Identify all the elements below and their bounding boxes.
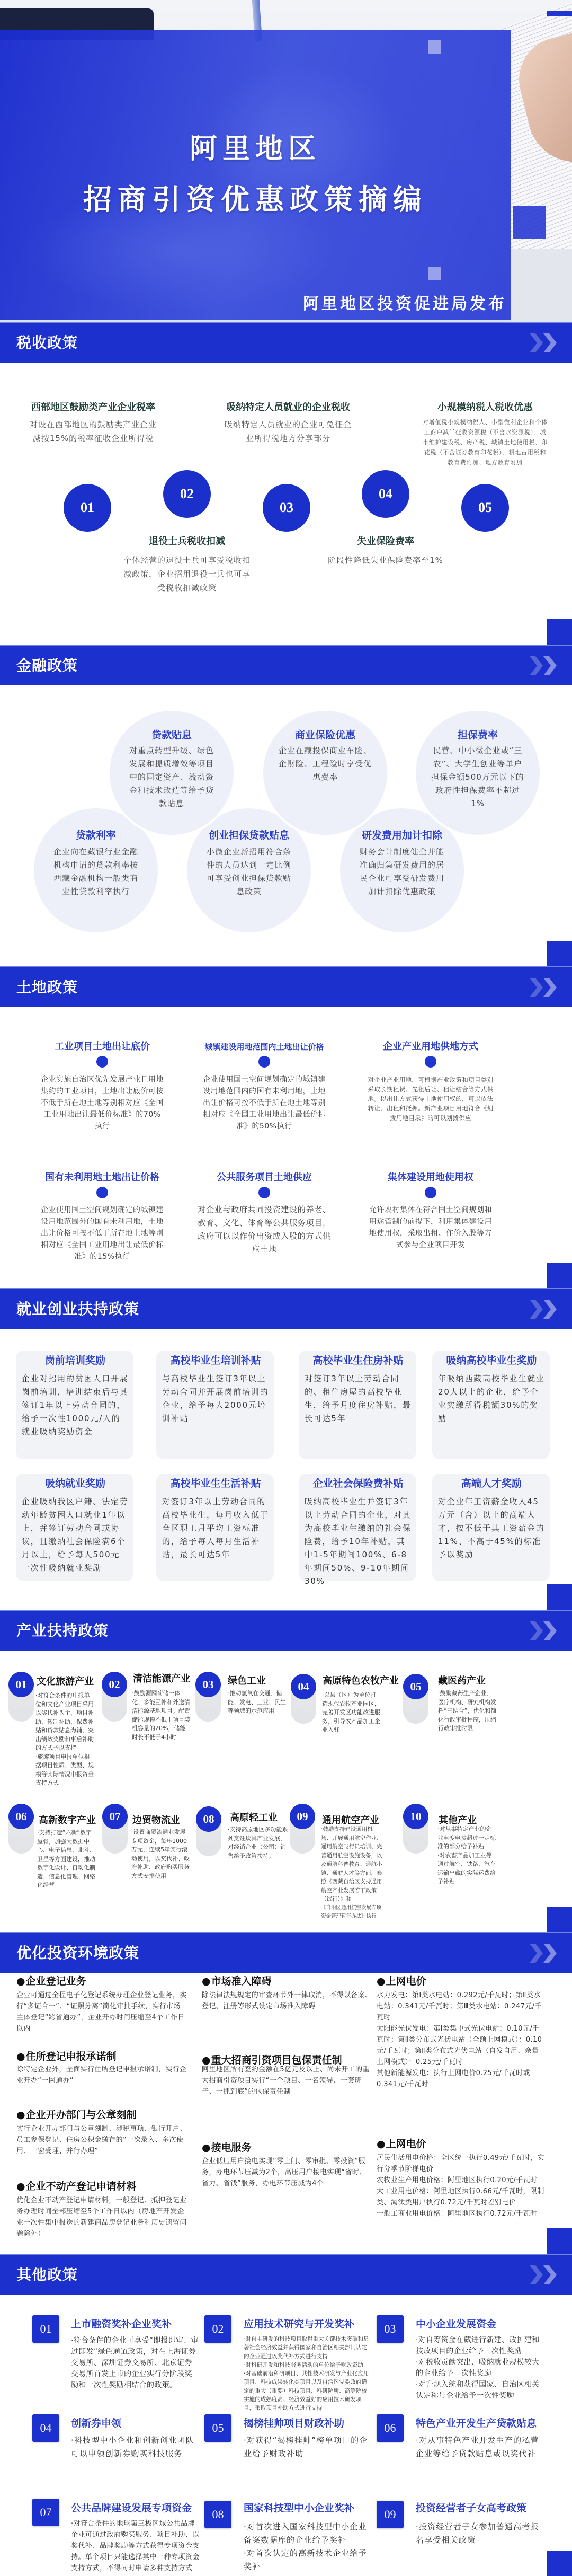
tax-item-desc: 对增值税小规模纳税人、小型微利企业和个体工商户减半征收资源税（不含水资源税）、城… xyxy=(422,417,549,467)
bullet-text: ·投资经营者子女参加普通高考报名享受相关政策 xyxy=(416,2520,544,2547)
industry-item-desc: ·设置商贸流通业发展专项资金，每年1000万元，连续5年实行滚动使用，以奖代补、… xyxy=(131,1828,191,1881)
industry-item-title: 高新数字产业 xyxy=(39,1814,96,1827)
bullet-text: ·设置商贸流通业发展专项资金，每年1000万元，连续5年实行滚动使用，以奖代补、… xyxy=(131,1828,191,1881)
finance-item: 研发费用加计扣除 财务会计制度健全并能准确归集研发费用的居民企业可享受研发费用加… xyxy=(349,829,455,898)
other-item-title: 投资经营者子女高考政策 xyxy=(416,2501,526,2515)
bullet-text: ·对科研开发和科技服务活动的单位给予财政资助 xyxy=(244,2361,372,2369)
bullet-dot-icon: ● xyxy=(16,1975,25,1987)
finance-item-title: 贷款利率 xyxy=(43,829,149,842)
decorative-square xyxy=(428,267,441,280)
finance-item: 贷款利率 企业向在藏银行业金融机构申请的贷款利率按西藏金融机构一般类商业性贷款利… xyxy=(43,829,149,898)
tax-item-desc: 对设在西部地区的鼓励类产业企业减按15%的税率征收企业所得税 xyxy=(29,418,157,445)
tax-item-desc: 阶段性降低失业保险费率至1% xyxy=(321,553,450,567)
other-item-number: 02 xyxy=(204,2315,231,2343)
finance-item-desc: 财务会计制度健全并能准确归集研发费用的居民企业可享受研发费用加计扣除优惠政策 xyxy=(359,845,445,898)
environment-section-header: 优化投资环境政策 xyxy=(0,1932,572,1973)
tax-item-desc: 个体经营的退役士兵可享受税收扣减政策，企业招用退役士兵也可享受税收扣减政策 xyxy=(123,553,251,595)
other-item-desc: ·对符合条件的地球第三极区域公共品牌企业可通过政府购买服务、项目补助、以奖代补、… xyxy=(71,2518,200,2574)
bullet-dot-icon: ● xyxy=(377,1975,386,1987)
employment-card: 高校毕业生培训补贴 与高校毕业生签订3年以上劳动合同并开展岗前培训的企业，给予每… xyxy=(156,1351,274,1459)
dot-icon xyxy=(96,1056,108,1068)
other-item-number: 03 xyxy=(377,2315,404,2343)
tax-item-number: 04 xyxy=(362,470,409,518)
other-item-desc: ·符合条件的企业可享受“即报即审、审过即发”绿色通道政策，对在上海证券交易所、深… xyxy=(71,2335,200,2391)
land-item-title: 企业产业用地供地方式 xyxy=(356,1040,505,1053)
heading-text: 企业不动产登记申请材料 xyxy=(26,2181,137,2192)
tax-item-number: 01 xyxy=(64,484,111,532)
industry-item-number: 07 xyxy=(102,1804,128,1829)
bullet-text: ·对税收贡献突出、吸纳就业规模较大的企业给予一次性奖励 xyxy=(416,2357,544,2379)
employment-card-desc: 企业对招用的贫困人口开展岗前培训，培训结束后与其签订1年以上劳动合同的，给予一次… xyxy=(22,1372,129,1439)
finance-item: 创业担保贷款贴息 小微企业新招用符合条件的人员达到一定比例可享受创业担保贷款贴息… xyxy=(196,829,302,898)
industry-item-number: 08 xyxy=(196,1806,221,1832)
finance-item-title: 商业保险优惠 xyxy=(272,729,378,742)
bullet-dot-icon: ● xyxy=(16,2181,25,2192)
bullet-dot-icon: ● xyxy=(202,2142,211,2154)
tax-item: 退役士兵税收扣减 个体经营的退役士兵可享受税收扣减政策，企业招用退役士兵也可享受… xyxy=(108,535,266,595)
heading-text: 市场准入障碍 xyxy=(211,1975,272,1987)
finance-item: 担保费率 民营、中小微企业或“三农”、大学生创业等单户担保金额500万元以下的政… xyxy=(425,729,531,810)
bullet-text: ·鼓励藏药生产企业、医疗机构、研究机构发挥“三结合”，优化和简化行政审批程序，压… xyxy=(438,1689,497,1733)
other-item-number: 07 xyxy=(32,2499,59,2526)
paragraph: 企业低压用户接电实现“零上门、零审批、零投资”服务，办电环节压减为2个，高压用户… xyxy=(202,2156,372,2189)
industry-item-number: 04 xyxy=(291,1674,316,1699)
other-item-desc: ·投资经营者子女参加普通高考报名享受相关政策 xyxy=(416,2520,544,2547)
environment-heading: ●市场准入障碍 xyxy=(202,1974,272,1988)
paragraph: 实行企业开办部门与公章刻制、涉税事项、银行开户、员工参保登记、住房公积金缴存的“… xyxy=(16,2123,187,2157)
paragraph: 优化企业不动产登记申请材料，一般登记、抵押登记业务办理时间全部压缩至5个工作日以… xyxy=(16,2195,187,2239)
land-item: 公共服务项目土地供应 对企业与政府共同投资建设的养老、教育、文化、体育等公共服务… xyxy=(190,1171,338,1256)
dot-icon xyxy=(258,1056,270,1068)
decorative-block xyxy=(547,1584,572,1610)
employment-card-title: 高校毕业生生活补贴 xyxy=(162,1477,269,1490)
industry-item-title: 边贸物流业 xyxy=(132,1814,180,1827)
heading-text: 企业登记业务 xyxy=(26,1975,86,1987)
land-item-desc: 对企业产业用地，可根据产业政策和项目类别采取长期租赁、先租后让、租让结合等方式供… xyxy=(367,1075,494,1123)
paragraph: 除特定企业外，全面实行住所登记申报承诺制，实行企业开办“一网通办” xyxy=(16,2064,187,2086)
environment-heading: ●企业开办部门与公章刻制 xyxy=(16,2108,137,2122)
finance-item-desc: 企业在藏投保商业车险、企财险、工程险时享受优惠费率 xyxy=(278,744,372,784)
land-item-title: 公共服务项目土地供应 xyxy=(190,1171,338,1184)
tax-item-title: 失业保险费率 xyxy=(306,535,465,548)
other-item-title: 公共品牌建设发展专项资金 xyxy=(71,2501,192,2515)
industry-item-title: 清洁能源产业 xyxy=(133,1673,190,1686)
bullet-text: ·鼓励支持建设通用机场、开展通用航空作业、通用航空飞行员培训、完善通用航空设施设… xyxy=(321,1825,383,1904)
industry-item-title: 高原特色农牧产业 xyxy=(323,1675,399,1688)
industry-item-title: 高原轻工业 xyxy=(230,1812,278,1824)
double-chevron-right-icon xyxy=(530,1621,559,1640)
employment-card: 高校毕业生住房补贴 对签订3年以上劳动合同的、租住房屋的高校毕业生，给予月度住房… xyxy=(299,1351,416,1459)
land-item-title: 工业项目土地出让底价 xyxy=(28,1040,176,1053)
heading-text: 接电服务 xyxy=(211,2142,252,2154)
bullet-text: ·对自主研发的科技项目取得重大关键技术突破和显著社会经济效益并获得国家和自治区相… xyxy=(244,2335,372,2361)
paragraph: 除法律法规规定的审查环节外一律取消，不得以备案、登记、注册等形式设定市场准入障碍 xyxy=(202,1990,372,2012)
bullet-text: ·对升规入统和获得国家、自治区相关认定称号企业给予一次性奖励 xyxy=(416,2379,544,2402)
paragraph: 农牧业生产用电价格：阿里地区执行0.20元/千瓦时 xyxy=(377,2175,545,2186)
land-item: 城镇建设用地范围内土地出让价格 企业使用国土空间规划确定的城镇建设用地范围内的国… xyxy=(190,1040,338,1132)
other-item-desc: ·对自筹资金在藏进行新建、改扩建和技改项目的企业给予一次性奖励 ·对税收贡献突出… xyxy=(416,2335,544,2402)
paragraph: 企业可通过全程电子化登记系统办理企业登记业务，实行“多证合一”、“证照分离”简化… xyxy=(16,1990,187,2034)
employment-card-desc: 与高校毕业生签订3年以上劳动合同并开展岗前培训的企业，给予每人2000元培训补贴 xyxy=(162,1372,269,1425)
bullet-text: ·鼓励源网荷储一体化、多能互补和外送清洁能源基地项目。配置储能规模不低于项目装机… xyxy=(132,1689,191,1742)
employment-card: 吸纳就业奖励 企业吸纳我区户籍、法定劳动年龄贫困人口就业1年以上，并签订劳动合同… xyxy=(16,1474,133,1581)
environment-desc: 企业可通过全程电子化登记系统办理企业登记业务，实行“多证合一”、“证照分离”简化… xyxy=(16,1990,187,2034)
bullet-text: ·对从事特定产业的企业电度电费超过一定标准的部分给予补贴 xyxy=(437,1825,497,1851)
decorative-square xyxy=(428,40,441,54)
finance-item-title: 贷款贴息 xyxy=(119,729,225,742)
decorative-block xyxy=(547,1907,572,1932)
environment-desc: 优化企业不动产登记申请材料，一般登记、抵押登记业务办理时间全部压缩至5个工作日以… xyxy=(16,2195,187,2239)
other-item-desc: ·对从事特色产业开发生产的私营企业等给予贷款贴息或以奖代补 xyxy=(416,2434,544,2460)
other-item-desc: ·对自主研发的科技项目取得重大关键技术突破和显著社会经济效益并获得国家和自治区相… xyxy=(244,2335,372,2413)
paragraph: 其他新能源发电：执行上网电价0.25元/千瓦时或0.341元/千瓦时 xyxy=(377,2068,545,2090)
employment-card-title: 岗前培训奖励 xyxy=(22,1354,129,1368)
tax-item-number: 03 xyxy=(263,484,310,532)
industry-item-desc: ·鼓励源网荷储一体化、多能互补和外送清洁能源基地项目。配置储能规模不低于项目装机… xyxy=(132,1689,191,1742)
land-item-title: 集体建设用地使用权 xyxy=(356,1171,505,1184)
employment-section-header: 就业创业扶持政策 xyxy=(0,1288,572,1329)
dot-icon xyxy=(425,1187,436,1198)
finance-item-desc: 小微企业新招用符合条件的人员达到一定比例可享受创业担保贷款贴息政策 xyxy=(205,845,292,898)
paragraph: 一般工商业用电价格：阿里地区执行0.72元/千瓦时 xyxy=(377,2208,545,2219)
tax-item-title: 吸纳特定人员就业的企业税收 xyxy=(209,401,368,414)
employment-card-title: 高校毕业生住房补贴 xyxy=(305,1354,412,1368)
bullet-text: ·对首次进入国家科技型中小企业备案数据库的企业给予奖补 xyxy=(244,2520,372,2547)
section-title: 土地政策 xyxy=(16,967,78,1007)
environment-heading: ●上网电价 xyxy=(377,2137,426,2151)
decorative-block xyxy=(547,1263,572,1288)
land-item-desc: 对企业与政府共同投资建设的养老、教育、文化、体育等公共服务项目，政府可以以作价出… xyxy=(197,1203,332,1256)
industry-item-desc: ·推动氢氧在交通、储能、发电、工业、民生等领域的示范应用 xyxy=(228,1689,287,1716)
finance-item-title: 担保费率 xyxy=(425,729,531,742)
environment-heading: ●企业登记业务 xyxy=(16,1974,86,1988)
decorative-block xyxy=(547,2228,572,2254)
employment-card-title: 吸纳就业奖励 xyxy=(22,1477,129,1490)
environment-desc: 除法律法规规定的审查环节外一律取消，不得以备案、登记、注册等形式设定市场准入障碍 xyxy=(202,1990,372,2012)
land-item: 国有未利用地土地出让价格 企业使用国土空间规划确定的城镇建设用地范围外的国有未利… xyxy=(28,1171,176,1263)
tax-item-title: 西部地区鼓励类产业企业税率 xyxy=(14,401,173,414)
decorative-bar xyxy=(547,11,572,16)
bullet-text: ·对基础前沿科研项目、共性技术研发与产业化应用项目、科技成果转化类项目以及自治区… xyxy=(244,2369,372,2412)
finance-section-header: 金融政策 xyxy=(0,645,572,685)
section-title: 就业创业扶持政策 xyxy=(16,1289,139,1329)
industry-item-desc: ·以县（区）为单位打造现代农牧产业园区，完善开发区功能改进服务，引导农产品加工企… xyxy=(322,1691,381,1735)
double-chevron-right-icon xyxy=(530,2265,559,2284)
heading-text: 住所登记申报承诺制 xyxy=(26,2051,117,2062)
other-item-number: 09 xyxy=(377,2501,404,2528)
employment-card-desc: 对签订3年以上劳动合同的、租住房屋的高校毕业生，给予月度住房补贴，最长可达5年 xyxy=(305,1372,412,1425)
bullet-text: ·对首次认定的高新技术企业给予奖补 xyxy=(244,2547,372,2573)
paragraph: 大工业用电价格：阿里地区执行0.66元/千瓦时，限制类、淘汰类用户执行0.72元… xyxy=(377,2186,545,2208)
bullet-text: ·对符合条件的申报单位和文化产业项目采用以奖代补为主，项目补助、转制补助、保费补… xyxy=(35,1691,95,1753)
bullet-dot-icon: ● xyxy=(16,2051,25,2062)
industry-item-title: 文化旅游产业 xyxy=(37,1675,94,1688)
bullet-text: ·科技型中小企业和创新创业团队可以申领创新券购买科技服务 xyxy=(71,2434,200,2460)
other-item-title: 上市融资奖补企业奖补 xyxy=(71,2317,172,2331)
tax-item-desc: 吸纳特定人员就业的企业可免征企业所得税地方分享部分 xyxy=(224,418,352,445)
environment-heading: ●企业不动产登记申请材料 xyxy=(16,2180,137,2193)
bullet-dot-icon: ● xyxy=(16,2109,25,2121)
heading-text: 上网电价 xyxy=(386,2138,426,2150)
industry-item-title: 藏医药产业 xyxy=(438,1675,486,1688)
industry-item-desc: ·支持高原地区多功能系列烹饪炊具产业发展，对经销企业（公司）销售给予政策扶持。 xyxy=(228,1825,289,1860)
industry-item-title: 绿色工业 xyxy=(228,1675,266,1688)
industry-item-desc: ·对从事特定产业的企业电度电费超过一定标准的部分给予补贴 ·对农畜产品加工业等通… xyxy=(437,1825,497,1886)
industry-item-desc: ·支持打造“六新”数字屋脊，加强大数据中心、电子信息、北斗、卫星等方面建设，推动… xyxy=(37,1829,96,1890)
other-item-title: 揭榜挂帅项目财政补助 xyxy=(244,2416,344,2430)
cover-title: 阿里地区 xyxy=(0,133,511,165)
tax-item: 小规模纳税人税收优惠 对增值税小规模纳税人、小型微利企业和个体工商户减半征收资源… xyxy=(406,401,565,467)
employment-card-title: 吸纳高校毕业生奖励 xyxy=(438,1354,545,1368)
land-section-header: 土地政策 xyxy=(0,966,572,1007)
land-item: 企业产业用地供地方式 对企业产业用地，可根据产业政策和项目类别采取长期租赁、先租… xyxy=(356,1040,505,1123)
paragraph: 居民生活用电价格：全区统一执行0.49元/千瓦时，实行分季节阶梯电价 xyxy=(377,2152,545,2175)
cover-banner: 阿里地区 招商引资优惠政策摘编 阿里地区投资促进局发布 xyxy=(0,0,572,322)
finance-item: 贷款贴息 对重点转型升级、绿色发展和提质增效等项目中的固定资产、流动资金和技术改… xyxy=(119,729,225,810)
bullet-text: ·对农畜产品加工业等通过航空、铁路、汽车运输出藏的实际运费给予补贴 xyxy=(437,1851,497,1886)
dot-icon xyxy=(96,1187,108,1198)
industry-item-number: 09 xyxy=(290,1804,315,1829)
cover-subtitle: 招商引资优惠政策摘编 xyxy=(0,182,511,216)
section-title: 金融政策 xyxy=(16,646,78,685)
bullet-text-tail: 《自治区通用航空发展专项资金管理暂行办法》执行。 xyxy=(321,1904,383,1921)
section-title: 其他政策 xyxy=(16,2255,78,2295)
land-item-desc: 企业使用国土空间规划确定的城镇建设用地范围内的国有未利用地，土地出让价格可按不低… xyxy=(202,1074,326,1132)
industry-item-number: 02 xyxy=(102,1672,127,1697)
bullet-text: ·对符合条件的地球第三极区域公共品牌企业可通过政府购买服务、项目补助、以奖代补、… xyxy=(71,2518,200,2574)
bullet-text: ·支持高原地区多功能系列烹饪炊具产业发展，对经销企业（公司）销售给予政策扶持。 xyxy=(228,1825,289,1860)
cover-publisher: 阿里地区投资促进局发布 xyxy=(303,295,507,314)
employment-card-desc: 年吸纳西藏高校毕业生就业20人以上的企业，给予企业实缴所得税额30%的奖励 xyxy=(438,1372,545,1425)
land-item: 集体建设用地使用权 允许农村集体在符合国土空间规划和用途管制的前提下，利用集体建… xyxy=(356,1171,505,1251)
double-chevron-right-icon xyxy=(530,656,559,675)
employment-card-desc: 对签订3年以上劳动合同的高校毕业生，每月收入低于全区职工月平均工资标准的，给予每… xyxy=(162,1495,269,1562)
section-title: 优化投资环境政策 xyxy=(16,1933,139,1973)
employment-card: 高校毕业生生活补贴 对签订3年以上劳动合同的高校毕业生，每月收入低于全区职工月平… xyxy=(156,1474,274,1581)
paragraph: 水力发电：第Ⅰ类水电站：0.292元/千瓦时；第Ⅱ类水电站：0.341元/千瓦时… xyxy=(377,1990,545,2023)
other-item-number: 05 xyxy=(204,2414,231,2442)
bullet-text: ·旅游项目申报单位根据项目性质、类型、规模等实际情况申报资金支持方式 xyxy=(35,1753,95,1788)
employment-card-desc: 企业吸纳我区户籍、法定劳动年龄贫困人口就业1年以上，并签订劳动合同或协议，且缴纳… xyxy=(22,1495,129,1575)
section-title: 产业扶持政策 xyxy=(16,1611,109,1651)
other-item-desc: ·科技型中小企业和创新创业团队可以申领创新券购买科技服务 xyxy=(71,2434,200,2460)
employment-card: 高端人才奖励 对企业年工资薪金收入45万元（含）以上的高端人才，按不低于其工资薪… xyxy=(432,1474,550,1581)
policy-poster: 阿里地区 招商引资优惠政策摘编 阿里地区投资促进局发布 税收政策 01 02 0… xyxy=(0,0,572,2576)
employment-card-title: 高校毕业生培训补贴 xyxy=(162,1354,269,1368)
environment-desc: 阿里地区所有签约金额在5亿元及以上、尚未开工的重大招商引资项目实行“一个项目、一… xyxy=(202,2064,372,2097)
finance-item-desc: 企业向在藏银行业金融机构申请的贷款利率按西藏金融机构一般类商业性贷款利率执行 xyxy=(52,845,139,898)
double-chevron-right-icon xyxy=(530,333,559,352)
industry-item-desc: ·鼓励支持建设通用机场、开展通用航空作业、通用航空飞行员培训、完善通用航空设施设… xyxy=(321,1825,383,1921)
land-item-desc: 允许农村集体在符合国土空间规划和用途管制的前提下，利用集体建设用地使用权，采取出… xyxy=(369,1204,493,1251)
decorative-block xyxy=(513,206,546,239)
employment-card-title: 企业社会保险费补贴 xyxy=(305,1477,412,1490)
tax-item: 吸纳特定人员就业的企业税收 吸纳特定人员就业的企业可免征企业所得税地方分享部分 xyxy=(209,401,368,445)
other-item-title: 国家科技型中小企业奖补 xyxy=(244,2501,354,2515)
industry-item-desc: ·鼓励藏药生产企业、医疗机构、研究机构发挥“三结合”，优化和简化行政审批程序，压… xyxy=(438,1689,497,1733)
tax-section-header: 税收政策 xyxy=(0,322,572,363)
tax-item-number: 05 xyxy=(461,484,509,532)
decorative-block xyxy=(547,619,572,645)
land-item-desc: 企业使用国土空间规划确定的城镇建设用地范围外的国有未利用地，土地出让价格可按不低… xyxy=(40,1204,164,1263)
finance-item-desc: 民营、中小微企业或“三农”、大学生创业等单户担保金额500万元以下的政府性担保费… xyxy=(431,744,525,810)
finance-item-title: 研发费用加计扣除 xyxy=(349,829,455,842)
environment-desc: 除特定企业外，全面实行住所登记申报承诺制，实行企业开办“一网通办” xyxy=(16,2064,187,2086)
employment-card: 岗前培训奖励 企业对招用的贫困人口开展岗前培训，培训结束后与其签订1年以上劳动合… xyxy=(16,1351,133,1459)
other-item-number: 08 xyxy=(204,2501,231,2528)
bullet-text: ·支持打造“六新”数字屋脊，加强大数据中心、电子信息、北斗、卫星等方面建设，推动… xyxy=(37,1829,96,1890)
bullet-text: ·对自筹资金在藏进行新建、改扩建和技改项目的企业给予一次性奖励 xyxy=(416,2335,544,2357)
environment-desc: 企业低压用户接电实现“零上门、零审批、零投资”服务，办电环节压减为2个，高压用户… xyxy=(202,2156,372,2189)
paragraph: 阿里地区所有签约金额在5亿元及以上、尚未开工的重大招商引资项目实行“一个项目、一… xyxy=(202,2064,372,2097)
decorative-block xyxy=(547,2551,572,2576)
double-chevron-right-icon xyxy=(530,978,559,997)
dot-icon xyxy=(425,1056,436,1068)
other-item-title: 中小企业发展资金 xyxy=(416,2317,496,2331)
finance-item-desc: 对重点转型升级、绿色发展和提质增效等项目中的固定资产、流动资金和技术改造等给予贷… xyxy=(128,744,215,810)
environment-heading: ●接电服务 xyxy=(202,2141,252,2155)
other-item-desc: ·对获得“揭榜挂帅”榜单项目的企业给予财政补助 xyxy=(244,2434,372,2460)
industry-item-desc: ·对符合条件的申报单位和文化产业项目采用以奖代补为主，项目补助、转制补助、保费补… xyxy=(35,1691,95,1788)
double-chevron-right-icon xyxy=(530,1944,559,1963)
environment-heading: ●上网电价 xyxy=(377,1974,426,1988)
tax-item-number: 02 xyxy=(163,470,211,518)
environment-desc: 实行企业开办部门与公章刻制、涉税事项、银行开户、员工参保登记、住房公积金缴存的“… xyxy=(16,2123,187,2157)
bullet-text: ·对获得“揭榜挂帅”榜单项目的企业给予财政补助 xyxy=(244,2434,372,2460)
environment-heading: ●住所登记申报承诺制 xyxy=(16,2050,117,2063)
industry-section-header: 产业扶持政策 xyxy=(0,1610,572,1651)
section-title: 税收政策 xyxy=(16,323,78,363)
finance-item-title: 创业担保贷款贴息 xyxy=(196,829,302,842)
other-item-number: 01 xyxy=(32,2315,59,2343)
bullet-text: ·符合条件的企业可享受“即报即审、审过即发”绿色通道政策，对在上海证券交易所、深… xyxy=(71,2335,200,2391)
environment-desc: 水力发电：第Ⅰ类水电站：0.292元/千瓦时；第Ⅱ类水电站：0.341元/千瓦时… xyxy=(377,1990,545,2090)
employment-card-title: 高端人才奖励 xyxy=(438,1477,545,1490)
dot-icon xyxy=(258,1187,270,1198)
tax-item: 西部地区鼓励类产业企业税率 对设在西部地区的鼓励类产业企业减按15%的税率征收企… xyxy=(14,401,173,445)
paragraph: 太阳能光伏发电：第Ⅰ类集中式光伏电站：0.10元/千瓦时；第Ⅱ类分布式光伏电站（… xyxy=(377,2023,545,2068)
bullet-text: ·对从事特色产业开发生产的私营企业等给予贷款贴息或以奖代补 xyxy=(416,2434,544,2460)
other-section-header: 其他政策 xyxy=(0,2254,572,2295)
decorative-block xyxy=(547,941,572,966)
tax-item-title: 小规模纳税人税收优惠 xyxy=(406,401,565,414)
industry-item-number: 01 xyxy=(8,1672,34,1697)
tax-item: 失业保险费率 阶段性降低失业保险费率至1% xyxy=(306,535,465,567)
double-chevron-right-icon xyxy=(530,1300,559,1319)
heading-text: 上网电价 xyxy=(386,1975,426,1987)
bullet-text: ·推动氢氧在交通、储能、发电、工业、民生等领域的示范应用 xyxy=(228,1689,287,1716)
land-item-title: 国有未利用地土地出让价格 xyxy=(28,1171,176,1184)
other-item-desc: ·对首次进入国家科技型中小企业备案数据库的企业给予奖补 ·对首次认定的高新技术企… xyxy=(244,2520,372,2573)
industry-item-number: 06 xyxy=(8,1804,34,1829)
bullet-dot-icon: ● xyxy=(377,2138,386,2150)
employment-card-desc: 吸纳高校毕业生并签订3年以上劳动合同的企业，对其为高校毕业生缴纳的社会保险费，给… xyxy=(305,1495,412,1588)
industry-item-number: 05 xyxy=(403,1674,428,1699)
finance-item: 商业保险优惠 企业在藏投保商业车险、企财险、工程险时享受优惠费率 xyxy=(272,729,378,784)
other-item-title: 应用技术研究与开发奖补 xyxy=(244,2317,354,2331)
other-item-number: 06 xyxy=(377,2414,404,2442)
industry-item-number: 03 xyxy=(195,1672,221,1697)
industry-item-number: 10 xyxy=(403,1804,428,1829)
other-item-number: 04 xyxy=(32,2414,59,2442)
employment-card: 吸纳高校毕业生奖励 年吸纳西藏高校毕业生就业20人以上的企业，给予企业实缴所得税… xyxy=(432,1351,550,1459)
other-item-title: 创新券申领 xyxy=(71,2416,121,2430)
cover-photo-desk xyxy=(511,249,572,322)
employment-card: 企业社会保险费补贴 吸纳高校毕业生并签订3年以上劳动合同的企业，对其为高校毕业生… xyxy=(299,1474,416,1581)
environment-desc: 居民生活用电价格：全区统一执行0.49元/千瓦时，实行分季节阶梯电价 农牧业生产… xyxy=(377,2152,545,2219)
bullet-dot-icon: ● xyxy=(202,1975,211,1987)
land-item: 工业项目土地出让底价 企业实施自治区优先发展产业且用地集约的工业项目，土地出让底… xyxy=(28,1040,176,1132)
bullet-text: ·以县（区）为单位打造现代农牧产业园区，完善开发区功能改进服务，引导农产品加工企… xyxy=(322,1691,381,1735)
heading-text: 企业开办部门与公章刻制 xyxy=(26,2109,137,2121)
tax-item-title: 退役士兵税收扣减 xyxy=(108,535,266,548)
other-item-title: 特色产业开发生产贷款贴息 xyxy=(416,2416,537,2430)
employment-card-desc: 对企业年工资薪金收入45万元（含）以上的高端人才，按不低于其工资薪金的11%、不… xyxy=(438,1495,545,1562)
land-item-title: 城镇建设用地范围内土地出让价格 xyxy=(190,1040,338,1053)
land-item-desc: 企业实施自治区优先发展产业且用地集约的工业项目，土地出让底价可按不低于所在地土地… xyxy=(40,1074,164,1132)
